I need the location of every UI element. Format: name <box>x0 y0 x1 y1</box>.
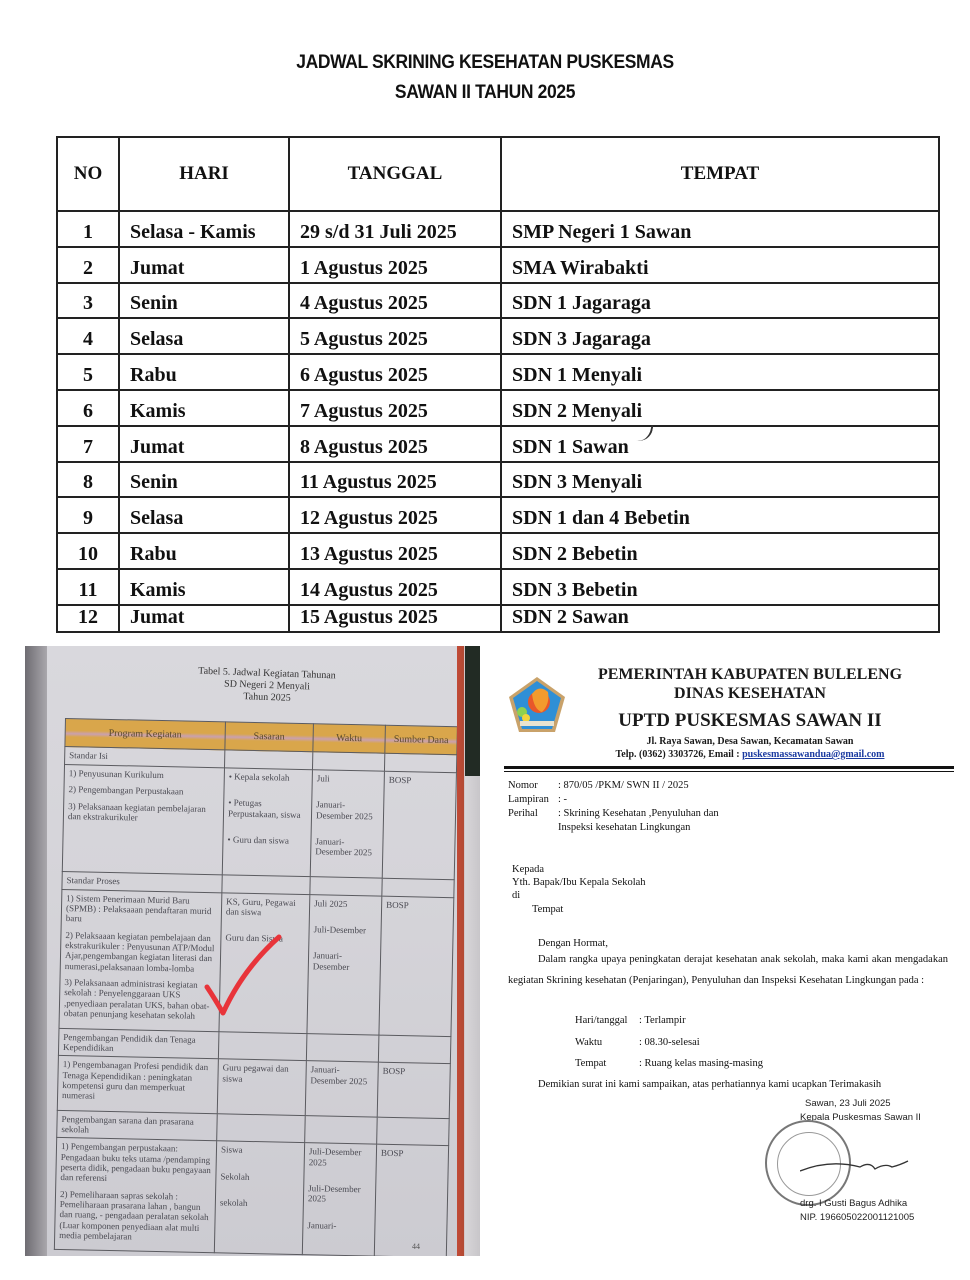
schedule-row: 5Rabu6 Agustus 2025SDN 1 Menyali <box>57 354 939 390</box>
detail-tempat: Tempat: Ruang kelas masing-masing <box>575 1058 763 1069</box>
cell-tanggal: 8 Agustus 2025 <box>289 426 501 462</box>
activity-row: 1) Pengembanagan Profesi pendidik dan Te… <box>57 1056 450 1119</box>
letterhead-contact: Telp. (0362) 3303726, Email : puskesmass… <box>560 749 940 760</box>
section-title: Pengembangan Pendidik dan Tenaga Kependi… <box>58 1028 219 1059</box>
recipient-name: Yth. Bapak/Ibu Kepala Sekolah <box>512 877 646 888</box>
cell-tanggal: 14 Agustus 2025 <box>289 569 501 605</box>
red-checkmark-icon <box>203 929 283 1019</box>
activity-table-photo: Tabel 5. Jadwal Kegiatan Tahunan SD Nege… <box>25 646 480 1256</box>
cell-hari: Jumat <box>119 426 289 462</box>
signer-name: drg. I Gusti Bagus Adhika <box>800 1198 907 1209</box>
cell-tempat: SDN 1 Sawan <box>501 426 939 462</box>
header-waktu: Waktu <box>313 724 386 754</box>
official-letter: PEMERINTAH KABUPATEN BULELENG DINAS KESE… <box>490 646 960 1256</box>
cell-tempat: SMP Negeri 1 Sawan <box>501 211 939 247</box>
program-cell: 1) Penyusunan Kurikulum2) Pengembangan P… <box>62 765 224 875</box>
detail-waktu: Waktu: 08.30-selesai <box>575 1037 700 1048</box>
schedule-row: 1Selasa - Kamis29 s/d 31 Juli 2025SMP Ne… <box>57 211 939 247</box>
cell-hari: Selasa <box>119 318 289 354</box>
cell-tempat: SDN 2 Sawan <box>501 605 939 632</box>
sumber-dana-cell: BOSP <box>382 771 456 879</box>
schedule-row: 3Senin4 Agustus 2025SDN 1 Jagaraga <box>57 283 939 319</box>
cell-no: 9 <box>57 497 119 533</box>
section-title: Pengembangan sarana dan prasarana sekola… <box>57 1110 218 1141</box>
recipient-kepada: Kepada <box>512 864 544 875</box>
cell-tanggal: 5 Agustus 2025 <box>289 318 501 354</box>
cell-hari: Rabu <box>119 533 289 569</box>
cell-tanggal: 6 Agustus 2025 <box>289 354 501 390</box>
detail-hari-tanggal: Hari/tanggal: Terlampir <box>575 1015 686 1026</box>
cell-hari: Selasa - Kamis <box>119 211 289 247</box>
cell-no: 7 <box>57 426 119 462</box>
cell-tanggal: 29 s/d 31 Juli 2025 <box>289 211 501 247</box>
cell-no: 5 <box>57 354 119 390</box>
book-cover-edge <box>457 646 480 1256</box>
letter-nomor: Nomor: 870/05 /PKM/ SWN II / 2025 <box>508 780 689 791</box>
recipient-tempat: Tempat <box>532 904 563 915</box>
cell-tempat: SDN 3 Menyali <box>501 462 939 498</box>
signature-icon <box>800 1151 910 1181</box>
cell-no: 6 <box>57 390 119 426</box>
schedule-row: 10Rabu13 Agustus 2025SDN 2 Bebetin <box>57 533 939 569</box>
sasaran-cell: Kepala sekolahPetugas Perpustakaan, sisw… <box>222 768 312 877</box>
cell-no: 2 <box>57 247 119 283</box>
letter-perihal: Perihal: Skrining Kesehatan ,Penyuluhan … <box>508 808 719 819</box>
letterhead-divider <box>504 766 954 769</box>
schedule-row: 11Kamis14 Agustus 2025SDN 3 Bebetin <box>57 569 939 605</box>
buleleng-regency-emblem-icon <box>506 674 568 736</box>
program-cell: 1) Pengembanagan Profesi pendidik dan Te… <box>57 1056 218 1114</box>
cell-no: 12 <box>57 605 119 632</box>
activity-row: 1) Penyusunan Kurikulum2) Pengembangan P… <box>62 765 456 880</box>
contact-email-link[interactable]: puskesmassawandua@gmail.com <box>742 749 884 760</box>
cell-tanggal: 13 Agustus 2025 <box>289 533 501 569</box>
waktu-cell: JuliJanuari-Desember 2025Januari-Desembe… <box>310 770 384 878</box>
letterhead-agency: DINAS KESEHATAN <box>560 685 940 703</box>
cell-tempat: SDN 1 dan 4 Bebetin <box>501 497 939 533</box>
sumber-dana-cell: BOSP <box>374 1144 448 1256</box>
cell-tanggal: 11 Agustus 2025 <box>289 462 501 498</box>
cell-tempat: SDN 2 Bebetin <box>501 533 939 569</box>
sumber-dana-cell: BOSP <box>379 896 454 1036</box>
cell-tempat: SDN 3 Bebetin <box>501 569 939 605</box>
schedule-row: 9Selasa12 Agustus 2025SDN 1 dan 4 Bebeti… <box>57 497 939 533</box>
cell-no: 4 <box>57 318 119 354</box>
cell-tanggal: 4 Agustus 2025 <box>289 283 501 319</box>
cell-hari: Kamis <box>119 390 289 426</box>
schedule-title-line2: SAWAN II TAHUN 2025 <box>39 82 931 104</box>
header-sumber-dana: Sumber Dana <box>385 725 458 755</box>
schedule-row: 6Kamis7 Agustus 2025SDN 2 Menyali <box>57 390 939 426</box>
book-spine <box>25 646 47 1256</box>
letter-paragraph: Dalam rangka upaya peningkatan derajat k… <box>508 949 948 991</box>
letterhead-government: PEMERINTAH KABUPATEN BULELENG <box>560 666 940 684</box>
schedule-table: NO HARI TANGGAL TEMPAT 1Selasa - Kamis29… <box>56 136 940 633</box>
schedule-row: 8Senin11 Agustus 2025SDN 3 Menyali <box>57 462 939 498</box>
schedule-row: 7Jumat8 Agustus 2025SDN 1 Sawan <box>57 426 939 462</box>
letterhead-address: Jl. Raya Sawan, Desa Sawan, Kecamatan Sa… <box>560 736 940 747</box>
header-sasaran: Sasaran <box>225 722 314 752</box>
letter-closing: Demikian surat ini kami sampaikan, atas … <box>538 1079 881 1090</box>
schedule-row: 4Selasa5 Agustus 2025SDN 3 Jagaraga <box>57 318 939 354</box>
cell-hari: Selasa <box>119 497 289 533</box>
cell-no: 10 <box>57 533 119 569</box>
schedule-document: JADWAL SKRINING KESEHATAN PUSKESMAS SAWA… <box>0 0 970 636</box>
header-tanggal: TANGGAL <box>289 137 501 211</box>
letterhead-institution: UPTD PUSKESMAS SAWAN II <box>560 710 940 732</box>
cell-tempat: SDN 1 Menyali <box>501 354 939 390</box>
cell-hari: Jumat <box>119 605 289 632</box>
place-date: Sawan, 23 Juli 2025 <box>805 1098 891 1109</box>
cell-tempat: SDN 2 Menyali <box>501 390 939 426</box>
letter-lampiran: Lampiran: - <box>508 794 567 805</box>
sasaran-cell: SiswaSekolahsekolah <box>214 1141 304 1255</box>
cell-tempat: SMA Wirabakti <box>501 247 939 283</box>
schedule-row: 12Jumat15 Agustus 2025SDN 2 Sawan <box>57 605 939 632</box>
cell-tanggal: 12 Agustus 2025 <box>289 497 501 533</box>
cell-tanggal: 15 Agustus 2025 <box>289 605 501 632</box>
waktu-cell: Juli-Desember 2025Juli-Desember 2025Janu… <box>302 1143 376 1256</box>
cell-hari: Jumat <box>119 247 289 283</box>
contact-phone: Telp. (0362) 3303726, Email : <box>616 749 743 760</box>
signer-nip: NIP. 196605022001121005 <box>800 1212 914 1223</box>
cell-hari: Senin <box>119 462 289 498</box>
header-program: Program Kegiatan <box>65 719 226 750</box>
page-number: 44 <box>412 1242 420 1251</box>
header-hari: HARI <box>119 137 289 211</box>
schedule-header-row: NO HARI TANGGAL TEMPAT <box>57 137 939 211</box>
activity-row: 1) Pengembangan perpustakaan: Pengadaan … <box>54 1138 448 1256</box>
waktu-cell: Januari-Desember 2025 <box>305 1061 378 1117</box>
recipient-di: di <box>512 890 520 901</box>
sasaran-cell: Guru pegawai dan siswa <box>217 1059 306 1115</box>
program-cell: 1) Pengembangan perpustakaan: Pengadaan … <box>54 1138 216 1253</box>
cell-hari: Kamis <box>119 569 289 605</box>
cell-hari: Rabu <box>119 354 289 390</box>
cell-no: 3 <box>57 283 119 319</box>
waktu-cell: Juli 2025Juli-DesemberJanuari-Desember <box>307 894 382 1034</box>
schedule-title-line1: JADWAL SKRINING KESEHATAN PUSKESMAS <box>39 52 931 74</box>
letterhead-divider-thin <box>504 771 954 772</box>
cell-no: 8 <box>57 462 119 498</box>
cell-no: 11 <box>57 569 119 605</box>
cell-hari: Senin <box>119 283 289 319</box>
program-cell: 1) Sistem Penerimaan Murid Baru (SPMB) :… <box>59 889 222 1031</box>
cell-tanggal: 7 Agustus 2025 <box>289 390 501 426</box>
header-no: NO <box>57 137 119 211</box>
cell-tanggal: 1 Agustus 2025 <box>289 247 501 283</box>
sumber-dana-cell: BOSP <box>377 1062 450 1118</box>
header-tempat: TEMPAT <box>501 137 939 211</box>
cell-no: 1 <box>57 211 119 247</box>
cell-tempat: SDN 3 Jagaraga <box>501 318 939 354</box>
cell-tempat: SDN 1 Jagaraga <box>501 283 939 319</box>
schedule-row: 2Jumat1 Agustus 2025SMA Wirabakti <box>57 247 939 283</box>
letter-perihal-cont: Inspeksi kesehatan Lingkungan <box>558 822 690 833</box>
